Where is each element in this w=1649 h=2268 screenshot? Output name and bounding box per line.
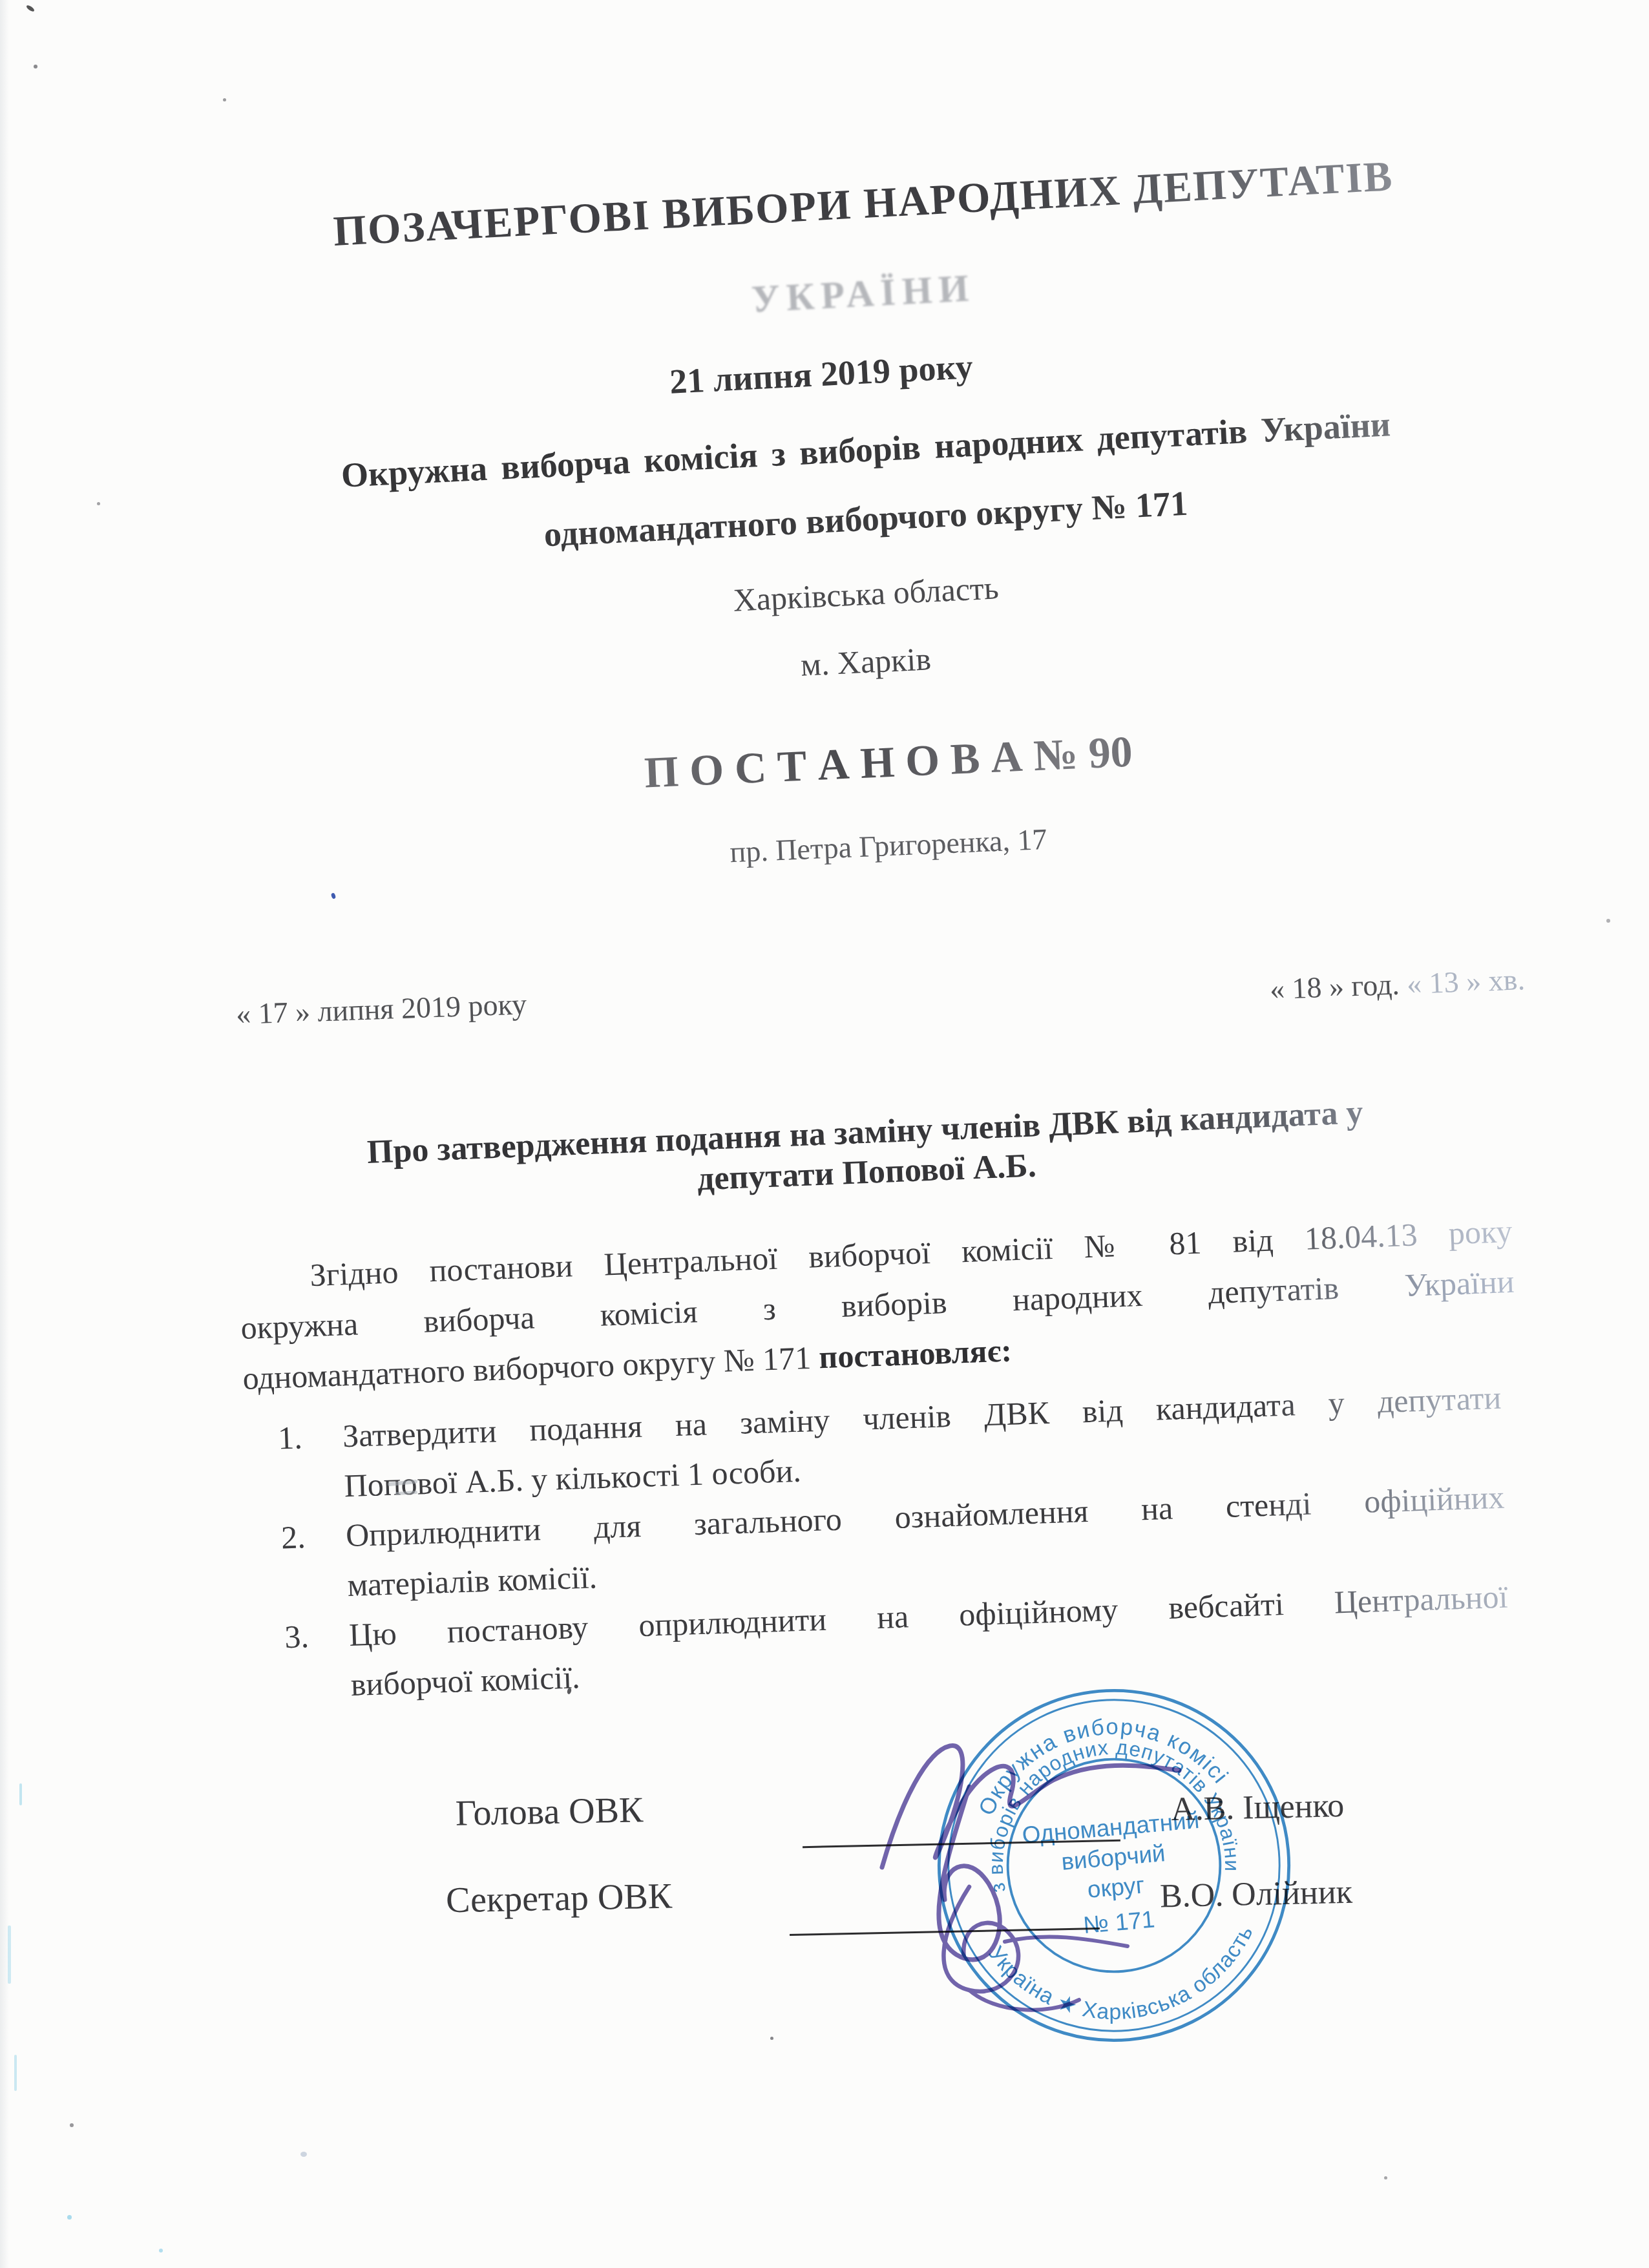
scan-speck [1384,2176,1387,2179]
scan-speck [26,5,36,13]
scan-speck-cyan [14,2055,17,2091]
secretary-signature-loop [943,1887,1018,1991]
document-page: ПОЗАЧЕРГОВІ ВИБОРИ НАРОДНИХ ДЕПУТАТІВ УК… [0,0,1649,2268]
scan-speck [34,65,37,68]
signature-ink [775,1654,1305,2042]
time-hours: « 18 » год. [1269,968,1400,1006]
scan-speck [331,892,337,899]
resolution-number-title: П О С Т А Н О В А № 90 [293,711,1484,814]
scan-speck-cyan [8,1926,11,1984]
subject-heading: Про затвердження подання на заміну члені… [270,1089,1461,1217]
body-line3-bold: постановляє: [818,1332,1012,1375]
scan-speck [97,502,100,505]
time-minutes: « 13 » хв. [1406,963,1526,1000]
scan-speck-cyan [19,1783,22,1805]
chairman-signature-stroke [882,1746,1179,1867]
scan-speck [770,2037,773,2040]
secretary-signature-tail [1005,1937,1128,1946]
item-number: 1. [277,1411,345,1513]
scan-speck [1606,919,1610,923]
item-number: 2. [280,1511,348,1612]
address-line: пр. Петра Григоренка, 17 [294,803,1484,887]
signature-role-secretary: Секретар ОВК [445,1876,672,1922]
item-number: 3. [284,1610,352,1712]
signature-role-chairman: Голова ОВК [455,1789,644,1834]
election-title-line1: ПОЗАЧЕРГОВІ ВИБОРИ НАРОДНИХ ДЕПУТАТІВ [271,149,1455,260]
time-right: « 18 » год. « 13 » хв. [1156,962,1526,1011]
scan-speck-cyan [67,2215,72,2220]
date-left: « 17 » липня 2019 року [235,987,527,1031]
scan-speck-cyan [159,2249,163,2252]
scan-speck [70,2123,74,2127]
scan-speck [300,2152,307,2157]
body-paragraph: Згідно постанови Центральної виборчої ко… [238,1206,1517,1403]
scan-speck [223,98,226,101]
